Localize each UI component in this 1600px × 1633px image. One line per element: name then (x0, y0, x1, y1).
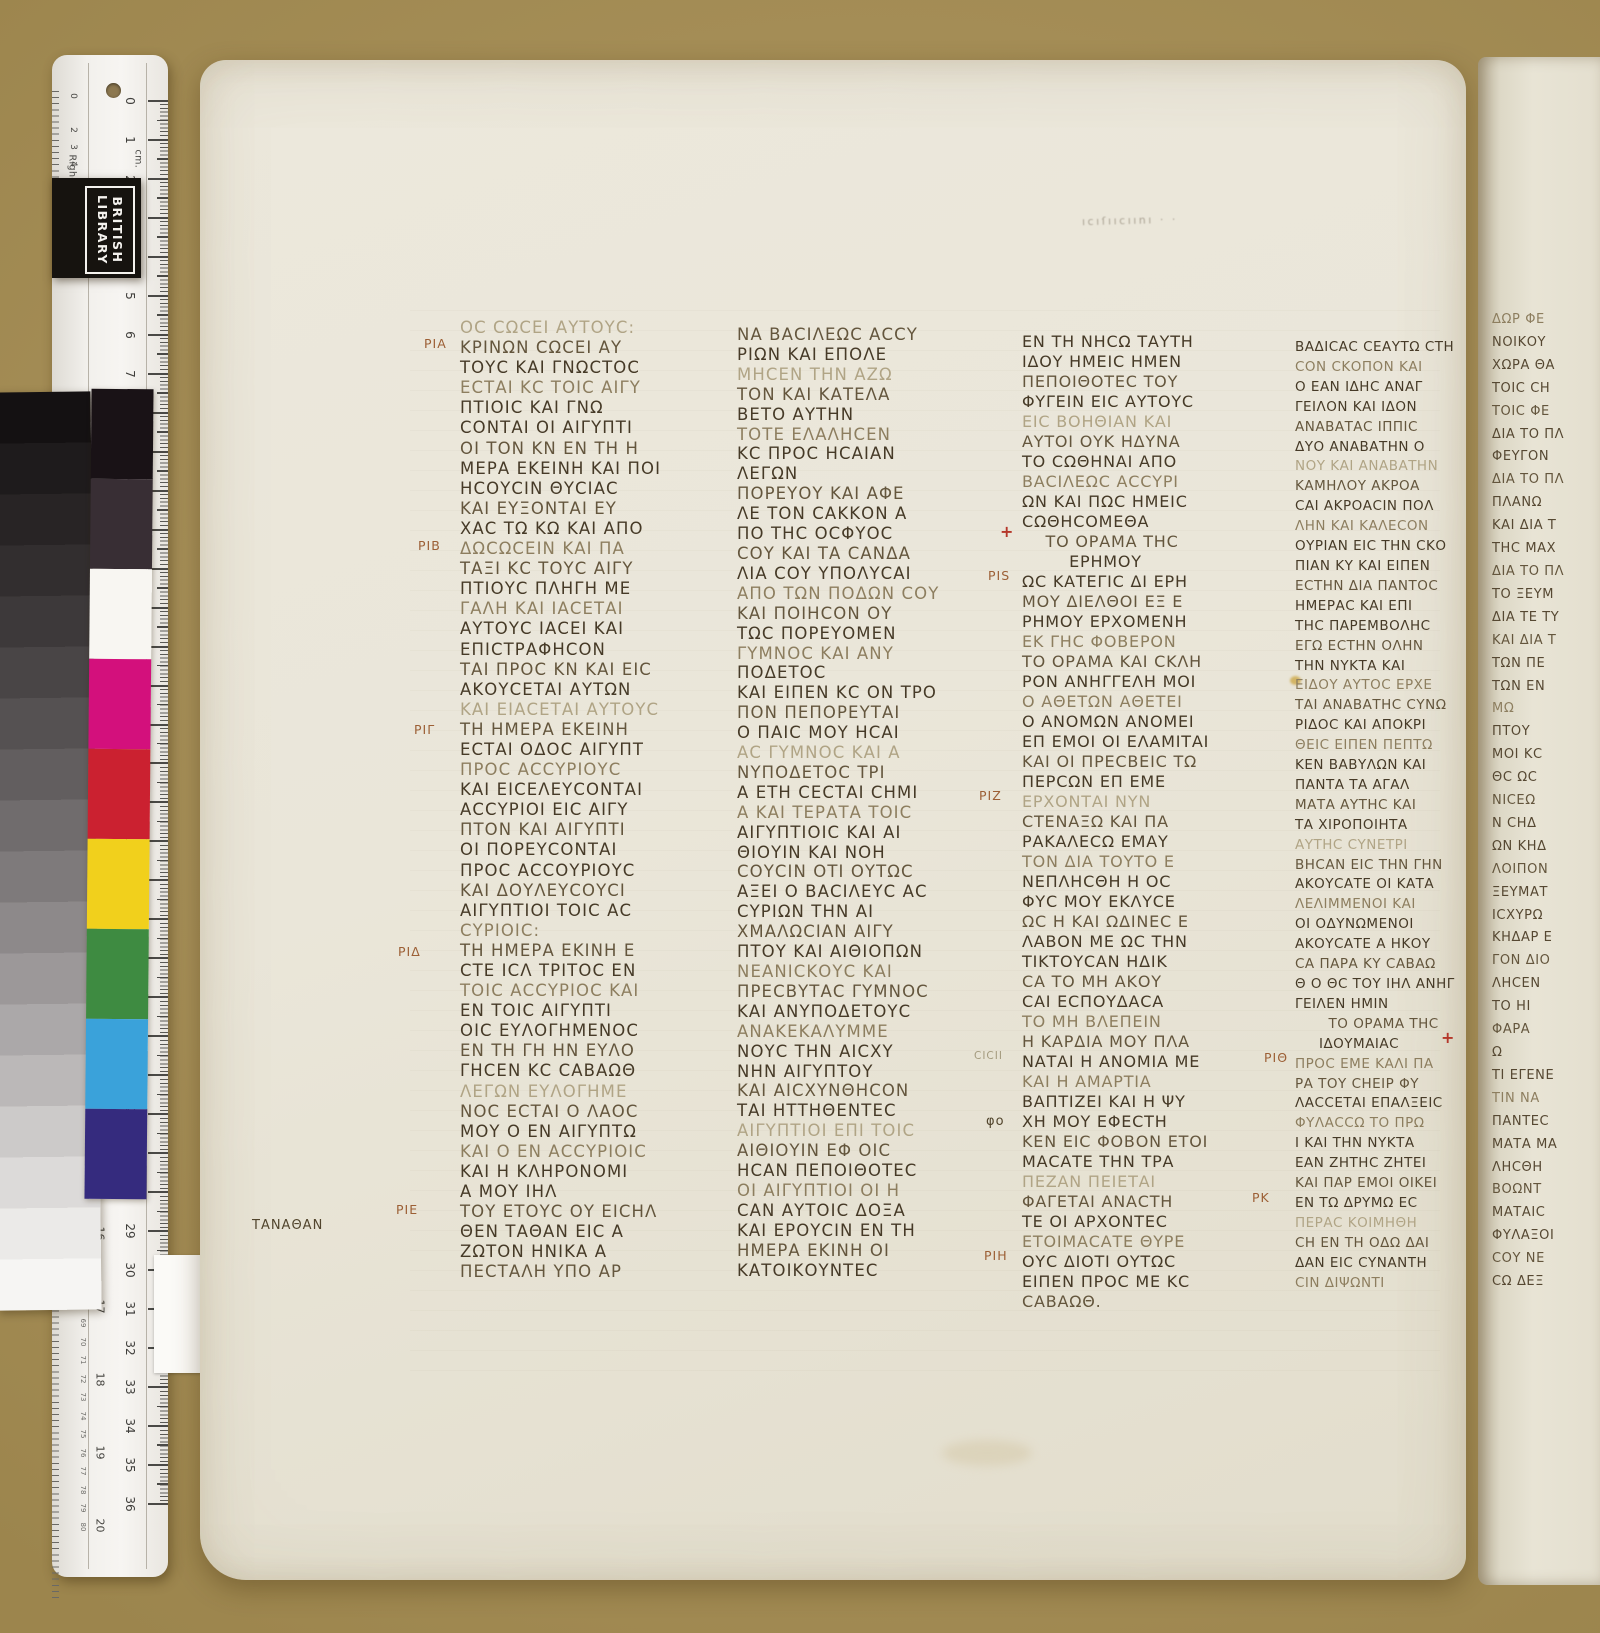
cm-half-tick (157, 938, 168, 939)
text-line: ΝΑ ΒΑCΙΛΕΩC ΑCCΥ (737, 325, 939, 345)
text-line: ΤΟΙC ΑCCΥΡΙΟC ΚΑΙ (460, 981, 661, 1001)
cm-tick (148, 1191, 168, 1193)
folio-text-line: ΤΟ ΗΙ (1492, 996, 1564, 1019)
folio-text-line: ΤΙΝ ΝΑ (1492, 1088, 1564, 1111)
text-line: ΦΥΛΑCCΩ ΤΟ ΠΡΩ (1295, 1114, 1455, 1134)
text-line: CΥΡΙΟΙC: (460, 921, 661, 941)
red-cross-mark: + (1000, 522, 1013, 541)
cm-half-tick (157, 977, 168, 978)
cm-half-tick (157, 587, 168, 588)
folio-text-line: ΜΑΤΑΙC (1492, 1202, 1564, 1225)
color-patch (88, 659, 151, 750)
cm-tick (148, 996, 168, 998)
text-line: ΠΕΠΟΙΘΟΤΕC ΤΟΥ (1022, 372, 1209, 392)
text-line: ΚΡΙΝΩΝ CΩCΕΙ ΑΥ (460, 338, 661, 358)
folio-text-line: ΦΥΛΑΞΟΙ (1492, 1225, 1564, 1248)
text-line: ΝΑΤΑΙ Η ΑΝΟΜΙΑ ΜΕ (1022, 1052, 1209, 1072)
folio-text-line: ΤΙ ΕΓΕΝΕ (1492, 1065, 1564, 1088)
cm-half-tick (157, 275, 168, 276)
text-line: ΘΕΙC ΕΙΠΕΝ ΠΕΠΤΩ (1295, 736, 1455, 756)
tag-line-1: BRITISH (111, 197, 125, 264)
mm-number: 69 (79, 1316, 87, 1330)
text-line: ΓΑΛΗ ΚΑΙ ΙΑCΕΤΑΙ (460, 599, 661, 619)
inch-number: 0 (68, 89, 78, 103)
cm-tick (148, 1230, 168, 1232)
cm-tick (148, 1074, 168, 1076)
text-line: ΩΝ ΚΑΙ ΠΩC ΗΜΕΙC (1022, 492, 1209, 512)
text-line: ΕΝ ΤΗ ΝΗCΩ ΤΑΥΤΗ (1022, 332, 1209, 352)
folio-text-line: ΔΙΑ ΤΟ ΠΛ (1492, 469, 1564, 492)
text-line: ΧΑC ΤΩ ΚΩ ΚΑΙ ΑΠΟ (460, 519, 661, 539)
ruler-hole (106, 83, 121, 98)
text-line: ΑΥΤΟΥC ΙΑCΕΙ ΚΑΙ (460, 619, 661, 639)
text-line: ΠΡΟC ΑCCΥΡΙΟΥC (460, 760, 661, 780)
section-numeral: ΡΚ (1252, 1190, 1270, 1205)
cm-tick (148, 840, 168, 842)
text-line: ΩC ΚΑΤΕΓΙC ΔΙ ΕΡΗ (1022, 572, 1209, 592)
section-numeral: ΡΙΓ (414, 722, 435, 737)
text-line: ΟΙC ΕΥΛΟΓΗΜΕΝΟC (460, 1021, 661, 1041)
text-line: ΑΙΓΥΠΤΙΟΙ ΕΠΙ ΤΟΙC (737, 1121, 939, 1141)
text-line: ΚΑΙ ΑΝΥΠΟΔΕΤΟΥC (737, 1002, 939, 1022)
text-line: ΒΑΔΙCΑC CΕΑΥΤΩ CΤΗ (1295, 338, 1455, 358)
text-line: ΕΤΟΙΜΑCΑΤΕ ΘΥΡΕ (1022, 1232, 1209, 1252)
text-line: ΟΙ ΑΙΓΥΠΤΙΟΙ ΟΙ Η (737, 1181, 939, 1201)
color-patch (89, 569, 152, 660)
mm-number: 73 (79, 1390, 87, 1404)
section-numeral: ΡΙΕ (396, 1202, 418, 1217)
section-numeral: ΡΙΗ (984, 1248, 1008, 1263)
cm-tick (148, 256, 168, 258)
folio-text-line: ΔΩΡ ΦΕ (1492, 309, 1564, 332)
text-line: ΤΗΝ ΝΥΚΤΑ ΚΑΙ (1295, 657, 1455, 677)
text-line: ΤΟ ΟΡΑΜΑ ΚΑΙ CΚΛΗ (1022, 652, 1209, 672)
text-line: CΟΝ CΚΟΠΟΝ ΚΑΙ (1295, 358, 1455, 378)
folio-text-line: CΩ ΔΕΞ (1492, 1271, 1564, 1294)
section-numeral: ΡΙΘ (1264, 1050, 1288, 1065)
cm-half-tick (157, 1016, 168, 1017)
text-line: ΠΟΡΕΥΟΥ ΚΑΙ ΑΦΕ (737, 484, 939, 504)
mm-number: 71 (79, 1353, 87, 1367)
text-line: CΙΝ ΔΙΨΩΝΤΙ (1295, 1274, 1455, 1294)
text-line: ΛΗΝ ΚΑΙ ΚΑΛΕCΟΝ (1295, 517, 1455, 537)
folio-text-line: ΔΙΑ ΤΟ ΠΛ (1492, 561, 1564, 584)
cm-number: 31 (123, 1301, 137, 1317)
cm-half-tick (157, 626, 168, 627)
folio-text-line: ΞΕΥΜΑΤ (1492, 882, 1564, 905)
text-line: Θ Ο ΘC ΤΟΥ ΙΗΛ ΑΝΗΓ (1295, 975, 1455, 995)
cm-half-tick (157, 1172, 168, 1173)
text-line: Ι ΚΑΙ ΤΗΝ ΝΥΚΤΑ (1295, 1134, 1455, 1154)
folio-text-line: ΘC ΩC (1492, 767, 1564, 790)
text-line: ΟC CΩCΕΙ ΑΥΤΟΥC: (460, 318, 661, 338)
section-numeral: ΡΙΖ (979, 788, 1002, 803)
text-line: ΛΑCCΕΤΑΙ ΕΠΑΛΞΕΙC (1295, 1094, 1455, 1114)
folio-text-line: ΛΗCΘΗ (1492, 1157, 1564, 1180)
text-column-1: ΟC CΩCΕΙ ΑΥΤΟΥC:ΚΡΙΝΩΝ CΩCΕΙ ΑΥΤΟΥC ΚΑΙ … (460, 318, 661, 1283)
cm-number: 7 (123, 366, 137, 382)
cm-tick (148, 685, 168, 687)
color-patch (87, 839, 150, 930)
text-line: ΕΝ ΤΩ ΔΡΥΜΩ ΕC (1295, 1194, 1455, 1214)
text-line: ΤΟΤΕ ΕΛΑΛΗCΕΝ (737, 425, 939, 445)
text-line: CΑΒΑΩΘ. (1022, 1292, 1209, 1312)
color-patch (88, 749, 151, 840)
margin-note: CΙCΙΙ (974, 1050, 1003, 1062)
text-line: ΝΗΝ ΑΙΓΥΠΤΟΥ (737, 1062, 939, 1082)
text-line: ΚΑΙ ΕΙΠΕΝ ΚC ΟΝ ΤΡΟ (737, 683, 939, 703)
cm-tick (148, 957, 168, 959)
text-line: ΚC ΠΡΟC ΗCΑΙΑΝ (737, 444, 939, 464)
text-line: ΕΡΧΟΝΤΑΙ ΝΥΝ (1022, 792, 1209, 812)
text-line: ΤΗ ΗΜΕΡΑ ΕΚΕΙΝΗ (460, 720, 661, 740)
cm-number: 32 (123, 1340, 137, 1356)
folio-text-line: ΩΝ ΚΗΔ (1492, 836, 1564, 859)
cm-half-tick (157, 1406, 168, 1407)
color-patch (84, 1109, 147, 1200)
cm-half-tick (157, 392, 168, 393)
text-line: ΤΙΚΤΟΥCΑΝ ΗΔΙΚ (1022, 952, 1209, 972)
text-line: ΝΥΠΟΔΕΤΟC ΤΡΙ (737, 763, 939, 783)
text-line: ΚΑΤΟΙΚΟΥΝΤΕC (737, 1261, 939, 1281)
text-line: ΚΑΙ ΕΡΟΥCΙΝ ΕΝ ΤΗ (737, 1221, 939, 1241)
cm-tick (148, 1425, 168, 1427)
text-line: ΚΑΙ ΕΥΞΟΝΤΑΙ ΕΥ (460, 499, 661, 519)
folio-text-line: ΙCΧΥΡΩ (1492, 905, 1564, 928)
mm-number: 74 (79, 1409, 87, 1423)
text-line: ΦΑΓΕΤΑΙ ΑΝΑCΤΗ (1022, 1192, 1209, 1212)
text-line: ΑΥΤΟΙ ΟΥΚ ΗΔΥΝΑ (1022, 432, 1209, 452)
text-line: ΚΑΜΗΛΟΥ ΑΚΡΟΑ (1295, 477, 1455, 497)
text-line: ΚΑΙ ΔΟΥΛΕΥCΟΥCΙ (460, 881, 661, 901)
text-line: ΒΕΤΟ ΑΥΤΗΝ (737, 405, 939, 425)
cm-number: 29 (123, 1223, 137, 1239)
text-line: ΗCΑΝ ΠΕΠΟΙΘΟΤΕC (737, 1161, 939, 1181)
text-line: ΠΕΖΑΝ ΠΕΙΕΤΑΙ (1022, 1172, 1209, 1192)
text-line: Ο ΕΑΝ ΙΔΗC ΑΝΑΓ (1295, 378, 1455, 398)
color-calibration-strip (84, 389, 153, 1200)
mm-number: 70 (79, 1335, 87, 1349)
folio-text-line: ΒΟΩΝΤ (1492, 1179, 1564, 1202)
text-line: Ο ΑΝΟΜΩΝ ΑΝΟΜΕΙ (1022, 712, 1209, 732)
cm-number: 6 (123, 327, 137, 343)
text-line: ΚΑΙ ΟΙ ΠΡΕCΒΕΙC ΤΩ (1022, 752, 1209, 772)
text-line: ΦΥC ΜΟΥ ΕΚΛΥCΕ (1022, 892, 1209, 912)
text-line: ΑΚΟΥCΑΤΕ Α ΗΚΟΥ (1295, 935, 1455, 955)
text-line: ΑΝΑΒΑΤΑC ΙΠΠΙC (1295, 418, 1455, 438)
text-line: CΟΥCΙΝ ΟΤΙ ΟΥΤΩC (737, 862, 939, 882)
text-line: ΤΟΝ ΚΑΙ ΚΑΤΕΛΑ (737, 385, 939, 405)
text-line: ΚΕΝ ΕΙC ΦΟΒΟΝ ΕΤΟΙ (1022, 1132, 1209, 1152)
text-line: ΑΞΕΙ Ο ΒΑCΙΛΕΥC ΑC (737, 882, 939, 902)
text-line: ΓΕΙΛΟΝ ΚΑΙ ΙΔΟΝ (1295, 398, 1455, 418)
cm-tick (148, 373, 168, 375)
color-patch (85, 1019, 148, 1110)
folio-text-line: ΜΩ (1492, 698, 1564, 721)
text-line: CΟΝΤΑΙ ΟΙ ΑΙΓΥΠΤΙ (460, 418, 661, 438)
text-line: ΕCΤΑΙ ΚC ΤΟΙC ΑΙΓΥ (460, 378, 661, 398)
cm-half-tick (157, 1483, 168, 1484)
section-numeral: ΡΙS (988, 568, 1010, 583)
ruler-blank-label (154, 1255, 202, 1373)
text-line: ΗΜΕΡΑC ΚΑΙ ΕΠΙ (1295, 597, 1455, 617)
folio-text-line: Ω (1492, 1042, 1564, 1065)
text-line: ΤΟΝ ΔΙΑ ΤΟΥΤΟ Ε (1022, 852, 1209, 872)
text-line: ΑΠΟ ΤΩΝ ΠΟΔΩΝ CΟΥ (737, 584, 939, 604)
text-line: ΠΑΝΤΑ ΤΑ ΑΓΑΛ (1295, 776, 1455, 796)
text-line: Α ΕΤΗ CΕCΤΑΙ CΗΜΙ (737, 783, 939, 803)
folio-text-line: ΛΟΙΠΟΝ (1492, 859, 1564, 882)
text-line: ΑΝΑΚΕΚΑΛΥΜΜΕ (737, 1022, 939, 1042)
inch-number: 18 (94, 1372, 107, 1388)
text-line: ΚΑΙ ΕΙCΕΛΕΥCΟΝΤΑΙ (460, 780, 661, 800)
folio-text-line: ΠΑΝΤΕC (1492, 1111, 1564, 1134)
text-line: ΠΟΔΕΤΟC (737, 663, 939, 683)
text-line: ΟΙ ΟΔΥΝΩΜΕΝΟΙ (1295, 915, 1455, 935)
text-line: ΤΟ ΟΡΑΜΑ ΤΗC (1022, 532, 1209, 552)
folio-text-line: ΛΗCΕΝ (1492, 973, 1564, 996)
cm-half-tick (157, 548, 168, 549)
text-line: CΑ ΤΟ ΜΗ ΑΚΟΥ (1022, 972, 1209, 992)
margin-note: φο (986, 1114, 1005, 1129)
cm-number: 34 (123, 1418, 137, 1434)
folio-text-line: ΔΙΑ ΤΕ ΤΥ (1492, 607, 1564, 630)
cm-tick (148, 762, 168, 764)
folio-text-line: ΤΟΙC ΦΕ (1492, 401, 1564, 424)
folio-text-line: ΚΗΔΑΡ Ε (1492, 927, 1564, 950)
text-line: ΠΤΙΟΙC ΚΑΙ ΓΝΩ (460, 398, 661, 418)
text-line: ΚΑΙ Η ΑΜΑΡΤΙΑ (1022, 1072, 1209, 1092)
text-line: Α ΜΟΥ ΙΗΛ (460, 1182, 661, 1202)
folio-text-line: ΤΩΝ ΠΕ (1492, 653, 1564, 676)
folio-text-line: CΟΥ ΝΕ (1492, 1248, 1564, 1271)
text-line: ΕΚ ΓΗC ΦΟΒΕΡΟΝ (1022, 632, 1209, 652)
text-line: ΤΟΥ ΕΤΟΥC ΟΥ ΕΙCΗΛ (460, 1202, 661, 1222)
text-line: ΑΚΟΥCΑΤΕ ΟΙ ΚΑΤΑ (1295, 875, 1455, 895)
text-line: ΘΕΝ ΤΑΘΑΝ ΕΙC Α (460, 1222, 661, 1242)
text-line: ΤΟΥC ΚΑΙ ΓΝΩCΤΟC (460, 358, 661, 378)
cm-tick (148, 801, 168, 803)
text-line: ΕΙΠΕΝ ΠΡΟC ΜΕ ΚC (1022, 1272, 1209, 1292)
text-line: ΚΑΙ ΑΙCΧΥΝΘΗCΟΝ (737, 1081, 939, 1101)
cm-half-tick (157, 470, 168, 471)
text-line: ΕCΤΑΙ ΟΔΟC ΑΙΓΥΠΤ (460, 740, 661, 760)
folio-text-line: ΧΩΡΑ ΘΑ (1492, 355, 1564, 378)
text-line: ΝΟΥC ΤΗΝ ΑΙCΧΥ (737, 1042, 939, 1062)
text-line: ΠΡΕCΒΥΤΑC ΓΥΜΝΟC (737, 982, 939, 1002)
folio-text-line: ΚΑΙ ΔΙΑ Τ (1492, 630, 1564, 653)
cm-number: 35 (123, 1457, 137, 1473)
cm-tick (148, 918, 168, 920)
text-line: ΟΥΡΙΑΝ ΕΙC ΤΗΝ CΚΟ (1295, 537, 1455, 557)
inch-number: 2 (68, 123, 78, 137)
text-line: ΦΥΓΕΙΝ ΕΙC ΑΥΤΟΥC (1022, 392, 1209, 412)
text-line: ΕΠΙCΤΡΑΦΗCΟΝ (460, 640, 661, 660)
cm-number: 36 (123, 1496, 137, 1512)
folio-text-line: ΝΙCΕΩ (1492, 790, 1564, 813)
text-line: ΜΗCΕΝ ΤΗΝ ΑΖΩ (737, 365, 939, 385)
margin-note: ΤΑΝΑΘΑΝ (252, 1218, 323, 1233)
cm-tick (148, 334, 168, 336)
text-line: CΑΙ ΑΚΡΟΑCΙΝ ΠΟΛ (1295, 497, 1455, 517)
text-line: ΡΑ ΤΟΥ CΗΕΙΡ ΦΥ (1295, 1075, 1455, 1095)
text-line: ΟΥC ΔΙΟΤΙ ΟΥΤΩC (1022, 1252, 1209, 1272)
text-line: CΩΘΗCΟΜΕΘΑ (1022, 512, 1209, 532)
text-line: ΕΑΝ ΖΗΤΗC ΖΗΤΕΙ (1295, 1154, 1455, 1174)
text-line: ΓΥΜΝΟC ΚΑΙ ΑΝΥ (737, 644, 939, 664)
text-line: ΕΝ ΤΟΙC ΑΙΓΥΠΤΙ (460, 1001, 661, 1021)
cm-half-tick (157, 120, 168, 121)
text-line: ΛΑΒΟΝ ΜΕ ΩC ΤΗΝ (1022, 932, 1209, 952)
mm-number: 75 (79, 1427, 87, 1441)
color-patch (86, 929, 149, 1020)
text-line: ΧΗ ΜΟΥ ΕΦΕCΤΗ (1022, 1112, 1209, 1132)
text-line: ΠΤΟΝ ΚΑΙ ΑΙΓΥΠΤΙ (460, 820, 661, 840)
text-line: ΜΟΥ Ο ΕΝ ΑΙΓΥΠΤΩ (460, 1122, 661, 1142)
text-line: CΤΕΝΑΞΩ ΚΑΙ ΠΑ (1022, 812, 1209, 832)
folio-text-line: ΦΕΥΓΟΝ (1492, 446, 1564, 469)
cm-half-tick (157, 860, 168, 861)
text-line: ΗΜΕΡΑ ΕΚΙΝΗ ΟΙ (737, 1241, 939, 1261)
text-line: ΙΔΟΥΜΑΙΑC (1295, 1035, 1455, 1055)
adjacent-folio-text: ΔΩΡ ΦΕΝΟΙΚΟΥΧΩΡΑ ΘΑΤΟΙC CΗΤΟΙC ΦΕΔΙΑ ΤΟ … (1492, 309, 1564, 1294)
text-line: ΕΡΗΜΟΥ (1022, 552, 1209, 572)
text-line: ΟΙ ΤΟΝ ΚΝ ΕΝ ΤΗ Η (460, 439, 661, 459)
text-line: Ο ΠΑΙC ΜΟΥ ΗCΑΙ (737, 723, 939, 743)
text-line: CΤΕ ΙCΛ ΤΡΙΤΟC ΕΝ (460, 961, 661, 981)
text-line: ΝΟC ΕCΤΑΙ Ο ΛΑΟC (460, 1102, 661, 1122)
cm-number: 1 (123, 132, 137, 148)
section-numeral: ΡΙΑ (424, 336, 447, 351)
text-line: ΑΙΓΥΠΤΙΟΙC ΚΑΙ ΑΙ (737, 823, 939, 843)
text-line: ΒΑΠΤΙΖΕΙ ΚΑΙ Η ΨΥ (1022, 1092, 1209, 1112)
color-patch (91, 389, 154, 480)
text-line: ΡΟΝ ΑΝΗΓΓΕΛΗ ΜΟΙ (1022, 672, 1209, 692)
cm-half-tick (157, 353, 168, 354)
cm-tick (148, 724, 168, 726)
text-line: ΠΡΟC ΑCCΟΥΡΙΟΥC (460, 861, 661, 881)
text-line: Α ΚΑΙ ΤΕΡΑΤΑ ΤΟΙC (737, 803, 939, 823)
cm-half-tick (157, 314, 168, 315)
inch-number: 4 (68, 157, 78, 171)
text-column-3: ΕΝ ΤΗ ΝΗCΩ ΤΑΥΤΗΙΔΟΥ ΗΜΕΙC ΗΜΕΝΠΕΠΟΙΘΟΤΕ… (1022, 332, 1209, 1312)
folio-text-line: ΓΟΝ ΔΙΟ (1492, 950, 1564, 973)
cm-half-tick (157, 899, 168, 900)
parchment-stain (942, 1440, 1032, 1466)
adjacent-folio-edge: ΔΩΡ ΦΕΝΟΙΚΟΥΧΩΡΑ ΘΑΤΟΙC CΗΤΟΙC ΦΕΔΙΑ ΤΟ … (1478, 57, 1600, 1585)
cm-tick (148, 1503, 168, 1505)
text-line: ΕΝ ΤΗ ΓΗ ΗΝ ΕΥΛΟ (460, 1041, 661, 1061)
text-line: Ο ΑΘΕΤΩΝ ΑΘΕΤΕΙ (1022, 692, 1209, 712)
text-line: ΠΕΡΑC ΚΟΙΜΗΘΗ (1295, 1214, 1455, 1234)
text-line: ΛΕΓΩΝ (737, 464, 939, 484)
color-patch (90, 479, 153, 570)
text-line: CΥΡΙΩΝ ΤΗΝ ΑΙ (737, 902, 939, 922)
mm-number: 72 (79, 1372, 87, 1386)
text-line: ΤΑΞΙ ΚC ΤΟΥC ΑΙΓΥ (460, 559, 661, 579)
text-line: ΡΑΚΑΛΕCΩ ΕΜΑΥ (1022, 832, 1209, 852)
text-line: ΤΗC ΠΑΡΕΜΒΟΛΗC (1295, 617, 1455, 637)
folio-text-line: ΜΑΤΑ ΜΑ (1492, 1134, 1564, 1157)
folio-text-line: ΦΑΡΑ (1492, 1019, 1564, 1042)
cm-half-tick (157, 1211, 168, 1212)
folio-text-line: ΤΗC ΜΑΧ (1492, 538, 1564, 561)
inch-number: 20 (94, 1518, 107, 1534)
text-line: ΗCΟΥCΙΝ ΘΥCΙΑC (460, 479, 661, 499)
text-line: ΡΙΩΝ ΚΑΙ ΕΠΟΛΕ (737, 345, 939, 365)
text-line: ΤΟ ΜΗ ΒΛΕΠΕΙΝ (1022, 1012, 1209, 1032)
text-line: ΚΑΙ Ο ΕΝ ΑCCΥΡΙΟΙC (460, 1142, 661, 1162)
cm-tick (148, 1464, 168, 1466)
text-line: CΑΙ ΕCΠΟΥΔΑCΑ (1022, 992, 1209, 1012)
text-line: ΠΟΝ ΠΕΠΟΡΕΥΤΑΙ (737, 703, 939, 723)
text-line: ΕΓΩ ΕCΤΗΝ ΟΛΗΝ (1295, 637, 1455, 657)
text-line: ΡΙΔΟC ΚΑΙ ΑΠΟΚΡΙ (1295, 716, 1455, 736)
photo-backdrop: cm. Righe Tip. 1 01234567891011121314151… (0, 0, 1600, 1633)
text-line: ΝΕΑΝΙCΚΟΥC ΚΑΙ (737, 962, 939, 982)
text-line: ΠΕCΤΑΛΗ ΥΠΟ ΑΡ (460, 1262, 661, 1282)
text-line: ΓΕΙΛΕΝ ΗΜΙΝ (1295, 995, 1455, 1015)
inch-number: 19 (94, 1445, 107, 1461)
text-line: ΠΟ ΤΗC ΟCΦΥΟC (737, 524, 939, 544)
text-line: ΔΑΝ ΕΙC CΥΝΑΝΤΗ (1295, 1254, 1455, 1274)
text-line: ΠΕΡCΩΝ ΕΠ ΕΜΕ (1022, 772, 1209, 792)
text-line: ΛΕΓΩΝ ΕΥΛΟΓΗΜΕ (460, 1082, 661, 1102)
cm-number: 0 (123, 93, 137, 109)
cm-half-tick (157, 509, 168, 510)
text-line: ΛΕ ΤΟΝ CΑΚΚΟΝ Α (737, 504, 939, 524)
manuscript-page: ΟC CΩCΕΙ ΑΥΤΟΥC:ΚΡΙΝΩΝ CΩCΕΙ ΑΥΤΟΥC ΚΑΙ … (200, 60, 1466, 1580)
text-line: ΒΑCΙΛΕΩC ΑCCΥΡΙ (1022, 472, 1209, 492)
cm-half-tick (157, 236, 168, 237)
folio-text-line: ΔΙΑ ΤΟ ΠΛ (1492, 424, 1564, 447)
cm-tick (148, 1035, 168, 1037)
cm-half-tick (157, 743, 168, 744)
text-line: ΘΙΟΥΙΝ ΚΑΙ ΝΟΗ (737, 843, 939, 863)
text-line: ΠΤΙΟΥC ΠΛΗΓΗ ΜΕ (460, 579, 661, 599)
cm-tick (148, 879, 168, 881)
text-line: ΕΙΔΟΥ ΑΥΤΟC ΕΡΧΕ (1295, 676, 1455, 696)
text-line: ΚΑΙ ΕΙΑCΕΤΑΙ ΑΥΤΟΥC (460, 700, 661, 720)
cm-half-tick (157, 431, 168, 432)
red-cross-mark: + (1441, 1028, 1454, 1047)
cm-half-tick (157, 704, 168, 705)
cm-half-tick (157, 1133, 168, 1134)
folio-text-line: Ν CΗΔ (1492, 813, 1564, 836)
text-line: ΙΔΟΥ ΗΜΕΙC ΗΜΕΝ (1022, 352, 1209, 372)
text-line: ΟΙ ΠΟΡΕΥCΟΝΤΑΙ (460, 840, 661, 860)
text-line: ΤΑΙ ΑΝΑΒΑΤΗC CΥΝΩ (1295, 696, 1455, 716)
cm-half-tick (157, 1250, 168, 1251)
mm-number: 76 (79, 1446, 87, 1460)
cm-tick (148, 1113, 168, 1115)
cm-number: 5 (123, 288, 137, 304)
text-line: ΑCCΥΡΙΟΙ ΕΙC ΑΙΓΥ (460, 800, 661, 820)
mm-number: 79 (79, 1501, 87, 1515)
text-line: ΤΑΙ ΗΤΤΗΘΕΝΤΕC (737, 1101, 939, 1121)
mm-number: 78 (79, 1483, 87, 1497)
section-numeral: ΡΙΒ (418, 538, 441, 553)
text-line: ΤΑΙ ΠΡΟC ΚΝ ΚΑΙ ΕΙC (460, 660, 661, 680)
text-line: ΝΕΠΛΗCΘΗ Η ΟC (1022, 872, 1209, 892)
cm-tick (148, 1386, 168, 1388)
folio-text-line: ΜΟΙ ΚC (1492, 744, 1564, 767)
folio-text-line: ΝΟΙΚΟΥ (1492, 332, 1564, 355)
text-line: ΩC Η ΚΑΙ ΩΔΙΝΕC Ε (1022, 912, 1209, 932)
cm-half-tick (157, 158, 168, 159)
text-line: ΤΟ ΟΡΑΜΑ ΤΗC (1295, 1015, 1455, 1035)
text-line: ΜΟΥ ΔΙΕΛΘΟΙ ΕΞ Ε (1022, 592, 1209, 612)
